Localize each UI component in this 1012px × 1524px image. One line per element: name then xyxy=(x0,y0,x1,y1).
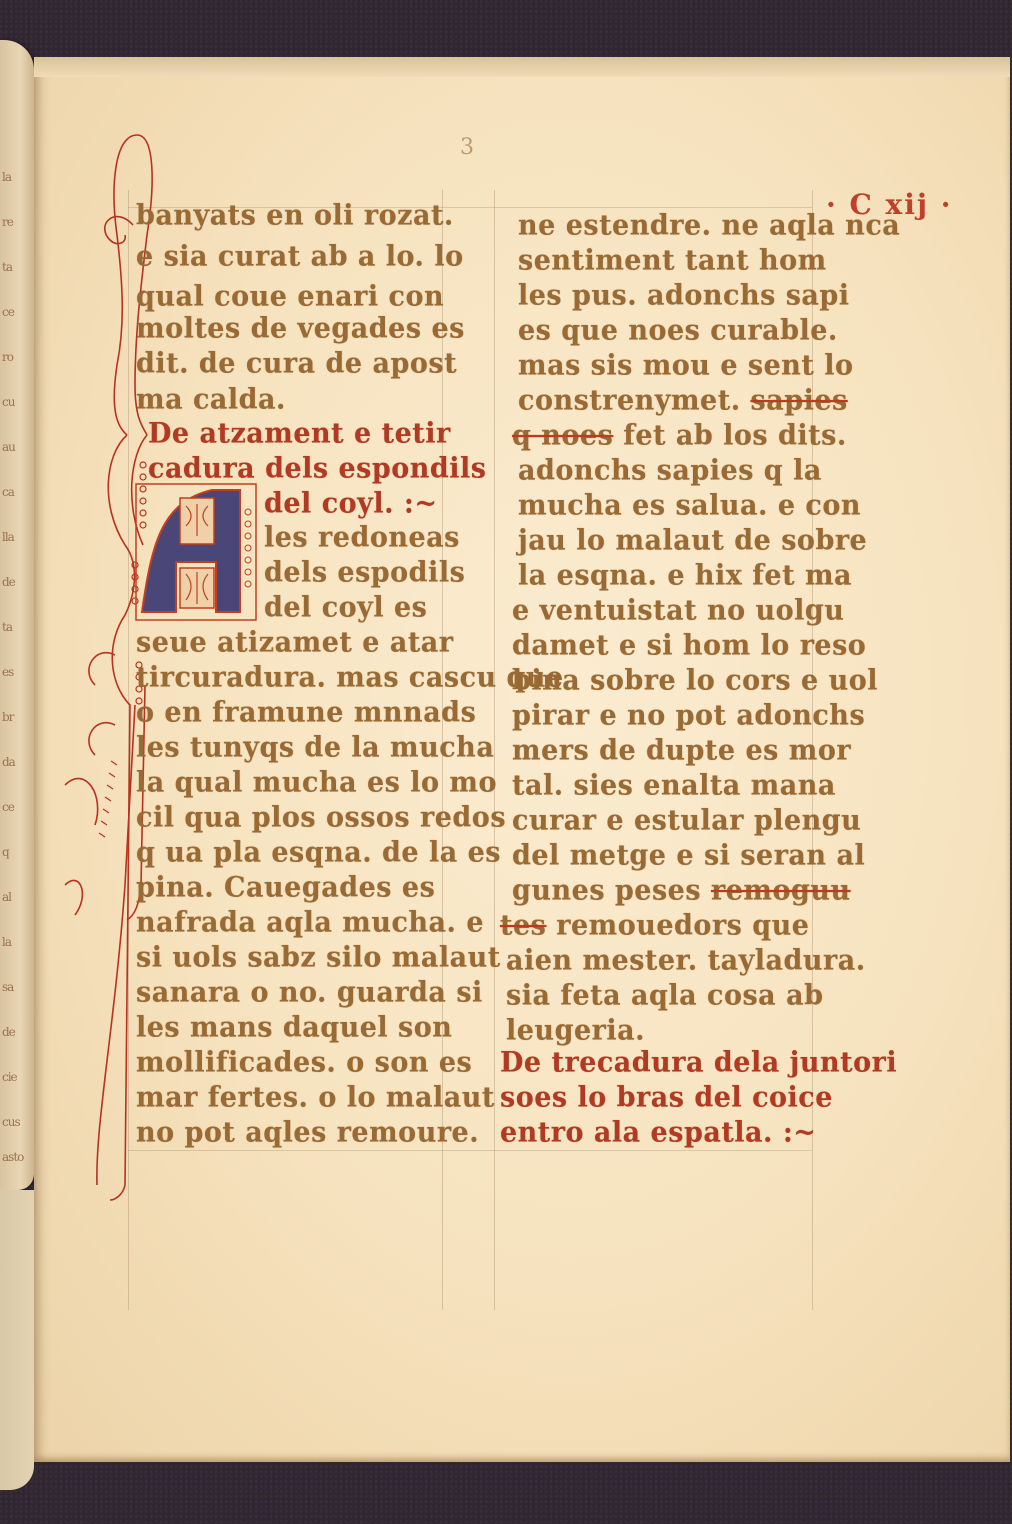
text-line: e sia curat ab a lo. lo xyxy=(136,240,464,273)
text-line: cil qua plos ossos redos xyxy=(136,801,506,834)
page-top-edge xyxy=(34,57,1010,77)
text-line: nafrada aqla mucha. e xyxy=(136,906,484,939)
struck-word: sapies xyxy=(751,384,848,417)
text-line: gunes peses remoguu xyxy=(512,874,851,907)
rubric-heading-line: cadura dels espondils xyxy=(148,452,486,485)
text-line: les pus. adonchs sapi xyxy=(518,279,850,312)
text-line: jau lo malaut de sobre xyxy=(518,524,867,557)
text-line: q ua pla esqna. de la es xyxy=(136,836,501,869)
text-line: del coyl es xyxy=(264,591,427,624)
text-line: les tunyqs de la mucha xyxy=(136,731,494,764)
text-line: dels espodils xyxy=(264,556,465,589)
line-text: constrenymet. xyxy=(518,384,741,417)
text-line: tes remouedors que xyxy=(500,909,809,942)
initial-frame-icon xyxy=(132,482,260,622)
text-line: si uols sabz silo malaut xyxy=(136,941,501,974)
text-line: les mans daquel son xyxy=(136,1011,452,1044)
text-line: moltes de vegades es xyxy=(136,312,465,345)
text-line: banyats en oli rozat. xyxy=(136,199,454,232)
text-line: ne estendre. ne aqla nca xyxy=(518,209,900,242)
page-mark: 3 xyxy=(460,135,474,160)
text-line: mers de dupte es mor xyxy=(512,734,851,767)
text-line: leugeria. xyxy=(506,1014,645,1047)
text-line: dit. de cura de apost xyxy=(136,347,457,380)
text-line: tircuradura. mas cascu que xyxy=(136,661,564,694)
text-line: adonchs sapies q la xyxy=(518,454,822,487)
line-text: gunes peses xyxy=(512,874,701,907)
text-line: e ventuistat no uolgu xyxy=(512,594,844,627)
text-line: pirar e no pot adonchs xyxy=(512,699,865,732)
line-text: fet ab los dits. xyxy=(623,419,847,452)
decorated-initial xyxy=(132,482,260,622)
text-line: sia feta aqla cosa ab xyxy=(506,979,823,1012)
facing-page-lower-edge xyxy=(0,1190,34,1490)
text-line: o en framune mnnads xyxy=(136,696,476,729)
text-line: sanara o no. guarda si xyxy=(136,976,483,1009)
text-line: mucha es salua. e con xyxy=(518,489,861,522)
text-line: curar e estular plengu xyxy=(512,804,861,837)
text-line: la qual mucha es lo mo xyxy=(136,766,497,799)
text-line: del metge e si seran al xyxy=(512,839,865,872)
text-line: constrenymet. sapies xyxy=(518,384,848,417)
text-line: damet e si hom lo reso xyxy=(512,629,866,662)
text-line: pina. Cauegades es xyxy=(136,871,435,904)
struck-word: remoguu xyxy=(711,874,851,907)
text-line: qual coue enari con xyxy=(136,280,444,313)
line-text: remouedors que xyxy=(556,909,809,942)
struck-word: tes xyxy=(500,909,546,942)
text-line: es que noes curable. xyxy=(518,314,838,347)
text-line: mollificades. o son es xyxy=(136,1046,472,1079)
text-line: les redoneas xyxy=(264,521,460,554)
text-line: tal. sies enalta mana xyxy=(512,769,836,802)
text-line: no pot aqles remoure. xyxy=(136,1116,479,1149)
facing-page-edge: la re ta ce ro cu au ca lla de ta es br … xyxy=(0,40,34,1190)
text-line: q noes fet ab los dits. xyxy=(512,419,847,452)
rubric-heading-line: entro ala espatla. :~ xyxy=(500,1116,816,1149)
text-line: ma calda. xyxy=(136,383,286,416)
text-line: mas sis mou e sent lo xyxy=(518,349,854,382)
rubric-heading-line: del coyl. :~ xyxy=(264,487,438,520)
rubric-heading-line: De trecadura dela juntori xyxy=(500,1046,897,1079)
text-line: seue atizamet e atar xyxy=(136,626,454,659)
rubric-heading-line: soes lo bras del coice xyxy=(500,1081,833,1114)
rubric-heading-line: De atzament e tetir xyxy=(148,417,451,450)
text-line: mar fertes. o lo malaut xyxy=(136,1081,495,1114)
text-line: aien mester. tayladura. xyxy=(506,944,866,977)
text-line: sentiment tant hom xyxy=(518,244,827,277)
struck-word: q noes xyxy=(512,419,613,452)
text-line: la esqna. e hix fet ma xyxy=(518,559,852,592)
text-line: bina sobre lo cors e uol xyxy=(512,664,878,697)
